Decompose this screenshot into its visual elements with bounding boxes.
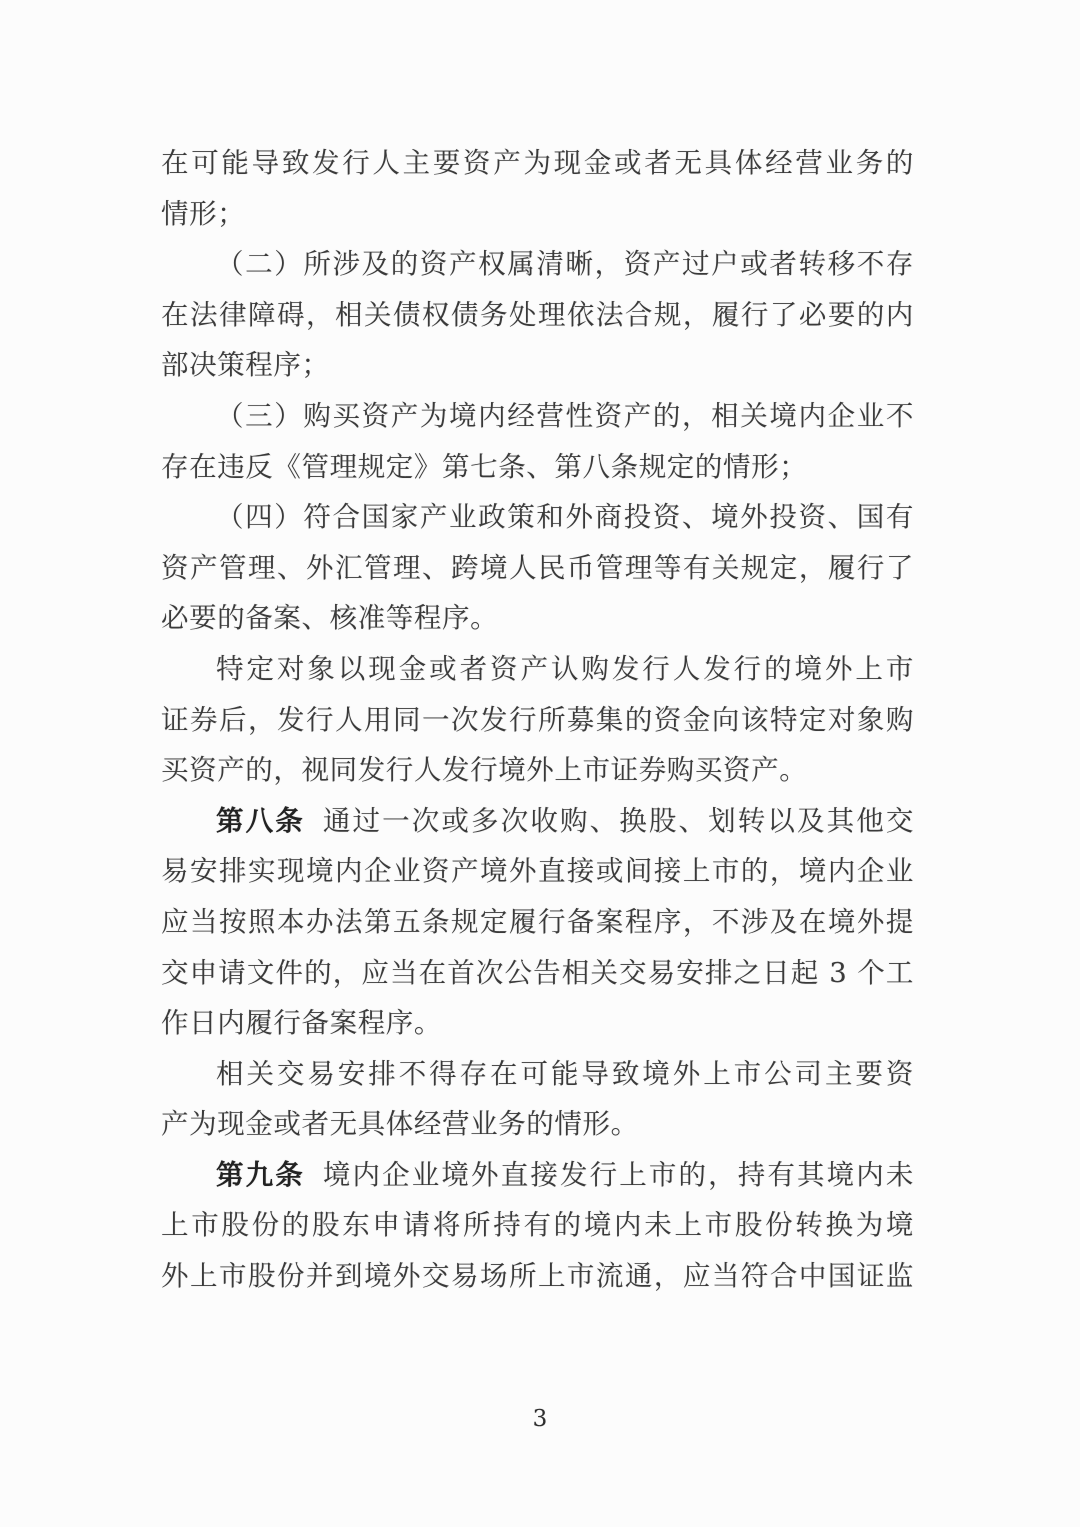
- document-page: 在可能导致发行人主要资产为现金或者无具体经营业务的情形；（二）所涉及的资产权属清…: [0, 0, 1080, 1527]
- text-line: 第八条通过一次或多次收购、换股、划转以及其他交: [161, 796, 914, 847]
- text-line: 易安排实现境内企业资产境外直接或间接上市的，境内企业: [161, 846, 914, 897]
- article-number: 第九条: [216, 1159, 305, 1191]
- text-line: 作日内履行备案程序。: [161, 998, 914, 1049]
- document-body: 在可能导致发行人主要资产为现金或者无具体经营业务的情形；（二）所涉及的资产权属清…: [161, 138, 914, 1302]
- text-line: 证券后，发行人用同一次发行所募集的资金向该特定对象购: [161, 695, 914, 746]
- text-line: 特定对象以现金或者资产认购发行人发行的境外上市: [161, 644, 914, 695]
- text-line: 必要的备案、核准等程序。: [161, 593, 914, 644]
- page-footer: 3: [0, 1404, 1080, 1434]
- text-line: 应当按照本办法第五条规定履行备案程序，不涉及在境外提: [161, 897, 914, 948]
- text-line: 外上市股份并到境外交易场所上市流通，应当符合中国证监: [161, 1251, 914, 1302]
- text-line: 部决策程序；: [161, 340, 914, 391]
- text-line: 上市股份的股东申请将所持有的境内未上市股份转换为境: [161, 1200, 914, 1251]
- paragraph: 相关交易安排不得存在可能导致境外上市公司主要资产为现金或者无具体经营业务的情形。: [161, 1049, 914, 1150]
- text-line: 产为现金或者无具体经营业务的情形。: [161, 1099, 914, 1150]
- article-number: 第八条: [216, 805, 305, 837]
- paragraph: 第八条通过一次或多次收购、换股、划转以及其他交易安排实现境内企业资产境外直接或间…: [161, 796, 914, 1049]
- paragraph: （三）购买资产为境内经营性资产的，相关境内企业不存在违反《管理规定》第七条、第八…: [161, 391, 914, 492]
- text-line: 买资产的，视同发行人发行境外上市证券购买资产。: [161, 745, 914, 796]
- text-line: （二）所涉及的资产权属清晰，资产过户或者转移不存: [161, 239, 914, 290]
- text-line: 在可能导致发行人主要资产为现金或者无具体经营业务的: [161, 138, 914, 189]
- paragraph: 特定对象以现金或者资产认购发行人发行的境外上市证券后，发行人用同一次发行所募集的…: [161, 644, 914, 796]
- text-line: 资产管理、外汇管理、跨境人民币管理等有关规定，履行了: [161, 543, 914, 594]
- paragraph: （二）所涉及的资产权属清晰，资产过户或者转移不存在法律障碍，相关债权债务处理依法…: [161, 239, 914, 391]
- page-number: 3: [533, 1406, 548, 1432]
- text-line: 情形；: [161, 189, 914, 240]
- text-line: （四）符合国家产业政策和外商投资、境外投资、国有: [161, 492, 914, 543]
- text-line: 交申请文件的，应当在首次公告相关交易安排之日起 3 个工: [161, 948, 914, 999]
- text-line: 在法律障碍，相关债权债务处理依法合规，履行了必要的内: [161, 290, 914, 341]
- text-line: 第九条境内企业境外直接发行上市的，持有其境内未: [161, 1150, 914, 1201]
- text-line: （三）购买资产为境内经营性资产的，相关境内企业不: [161, 391, 914, 442]
- text-line: 相关交易安排不得存在可能导致境外上市公司主要资: [161, 1049, 914, 1100]
- paragraph: 在可能导致发行人主要资产为现金或者无具体经营业务的情形；: [161, 138, 914, 239]
- paragraph: 第九条境内企业境外直接发行上市的，持有其境内未上市股份的股东申请将所持有的境内未…: [161, 1150, 914, 1302]
- paragraph: （四）符合国家产业政策和外商投资、境外投资、国有资产管理、外汇管理、跨境人民币管…: [161, 492, 914, 644]
- text-line: 存在违反《管理规定》第七条、第八条规定的情形；: [161, 442, 914, 493]
